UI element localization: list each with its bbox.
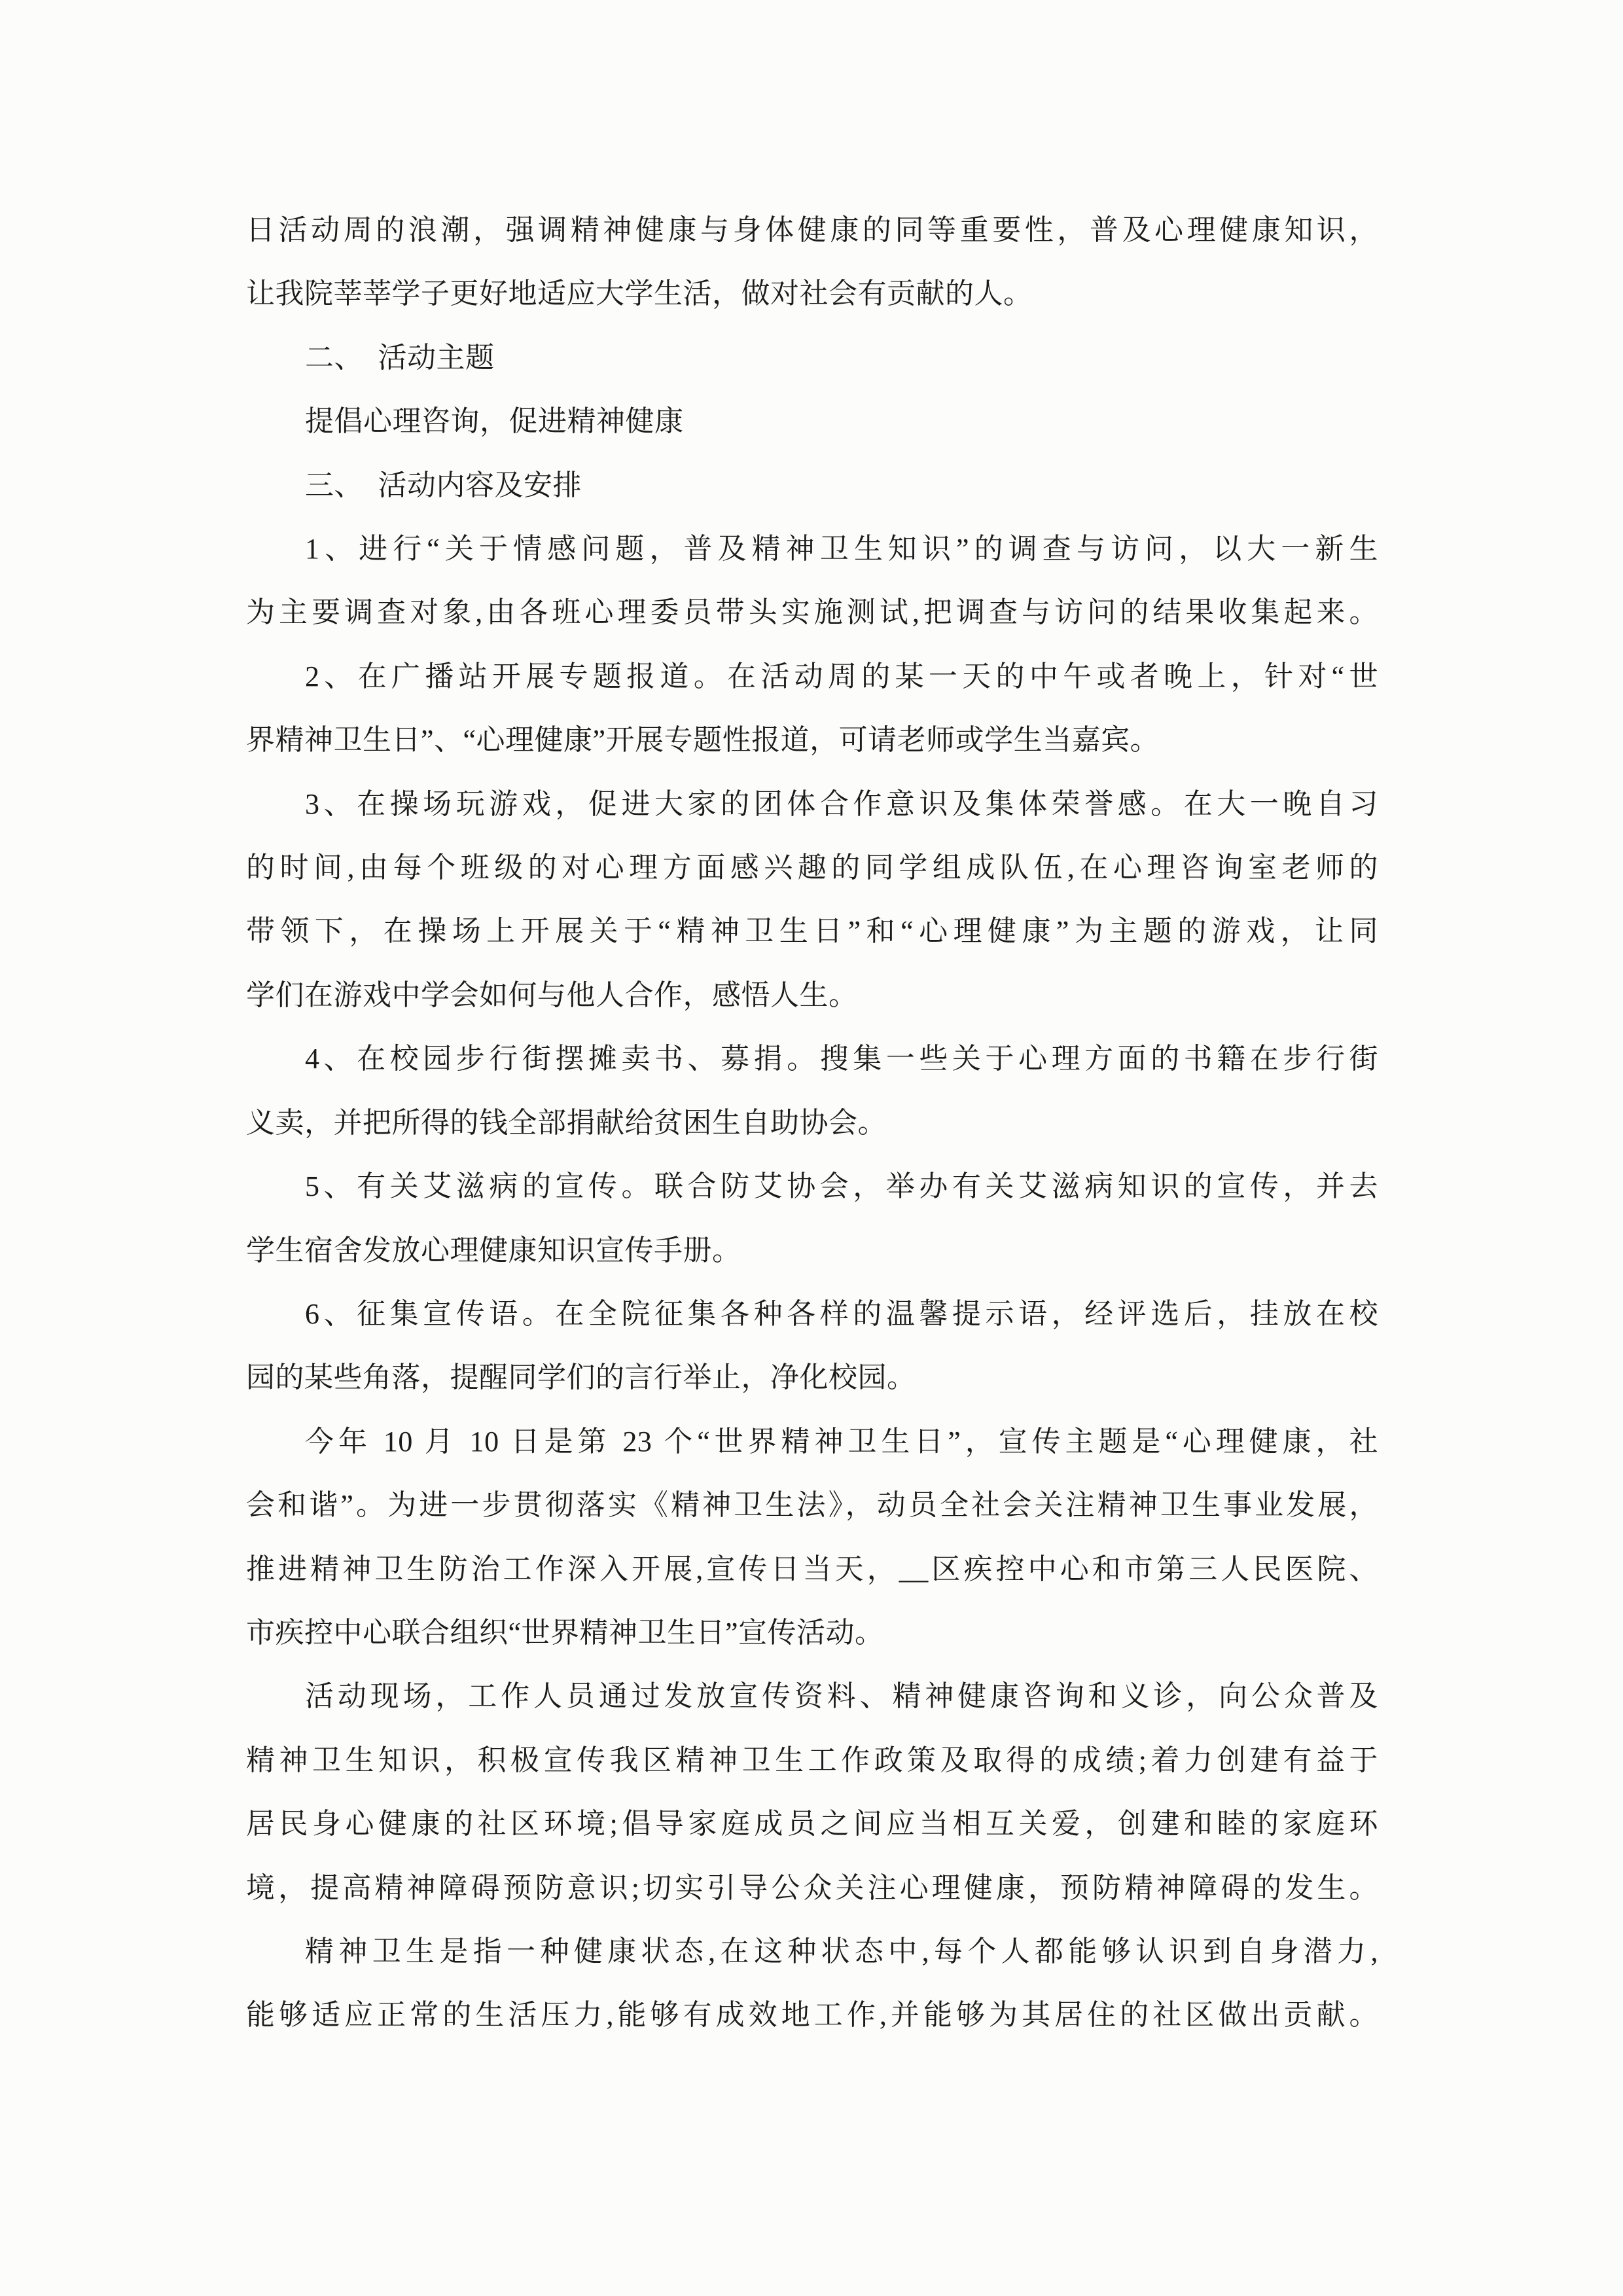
text-line: 5、有关艾滋病的宣传。联合防艾协会，举办有关艾滋病知识的宣传，并去 [246, 1155, 1378, 1218]
document-page: 日活动周的浪潮，强调精神健康与身体健康的同等重要性，普及心理健康知识，让我院莘莘… [0, 0, 1623, 2296]
text-line: 2、在广播站开展专题报道。在活动周的某一天的中午或者晚上，针对“世 [246, 645, 1378, 708]
text-line: 能够适应正常的生活压力,能够有成效地工作,并能够为其居住的社区做出贡献。 [246, 1983, 1378, 2047]
text-line: 市疾控中心联合组织“世界精神卫生日”宣传活动。 [246, 1601, 1378, 1664]
text-line: 带领下，在操场上开展关于“精神卫生日”和“心理健康”为主题的游戏，让同 [246, 899, 1378, 963]
text-line: 三、 活动内容及安排 [246, 454, 1378, 517]
text-line: 会和谐”。为进一步贯彻落实《精神卫生法》，动员全社会关注精神卫生事业发展， [246, 1473, 1378, 1537]
text-line: 3、在操场玩游戏，促进大家的团体合作意识及集体荣誉感。在大一晚自习 [246, 772, 1378, 836]
text-line: 精神卫生是指一种健康状态,在这种状态中,每个人都能够认识到自身潜力, [246, 1920, 1378, 1983]
text-line: 日活动周的浪潮，强调精神健康与身体健康的同等重要性，普及心理健康知识， [246, 198, 1378, 262]
text-line: 居民身心健康的社区环境;倡导家庭成员之间应当相互关爱，创建和睦的家庭环 [246, 1792, 1378, 1856]
text-line: 学们在游戏中学会如何与他人合作，感悟人生。 [246, 963, 1378, 1027]
text-line: 提倡心理咨询，促进精神健康 [246, 389, 1378, 453]
text-line: 活动现场，工作人员通过发放宣传资料、精神健康咨询和义诊，向公众普及 [246, 1664, 1378, 1728]
text-line: 二、 活动主题 [246, 326, 1378, 389]
text-line: 境，提高精神障碍预防意识;切实引导公众关注心理健康，预防精神障碍的发生。 [246, 1856, 1378, 1920]
text-line: 1、进行“关于情感问题，普及精神卫生知识”的调查与访问，以大一新生 [246, 517, 1378, 581]
text-line: 的时间,由每个班级的对心理方面感兴趣的同学组成队伍,在心理咨询室老师的 [246, 836, 1378, 899]
text-line: 界精神卫生日”、“心理健康”开展专题性报道，可请老师或学生当嘉宾。 [246, 708, 1378, 772]
document-body-text: 日活动周的浪潮，强调精神健康与身体健康的同等重要性，普及心理健康知识，让我院莘莘… [246, 198, 1378, 2047]
text-line: 让我院莘莘学子更好地适应大学生活，做对社会有贡献的人。 [246, 262, 1378, 325]
text-line: 6、征集宣传语。在全院征集各种各样的温馨提示语，经评选后，挂放在校 [246, 1282, 1378, 1346]
text-line: 今年 10 月 10 日是第 23 个“世界精神卫生日”，宣传主题是“心理健康，… [246, 1410, 1378, 1473]
text-line: 为主要调查对象,由各班心理委员带头实施测试,把调查与访问的结果收集起来。 [246, 581, 1378, 644]
text-line: 园的某些角落，提醒同学们的言行举止，净化校园。 [246, 1346, 1378, 1409]
text-line: 精神卫生知识，积极宣传我区精神卫生工作政策及取得的成绩;着力创建有益于 [246, 1729, 1378, 1792]
text-line: 4、在校园步行街摆摊卖书、募捐。搜集一些关于心理方面的书籍在步行街 [246, 1027, 1378, 1090]
text-line: 推进精神卫生防治工作深入开展,宣传日当天，__区疾控中心和市第三人民医院、 [246, 1537, 1378, 1601]
text-line: 学生宿舍发放心理健康知识宣传手册。 [246, 1219, 1378, 1282]
text-line: 义卖，并把所得的钱全部捐献给贫困生自助协会。 [246, 1091, 1378, 1155]
